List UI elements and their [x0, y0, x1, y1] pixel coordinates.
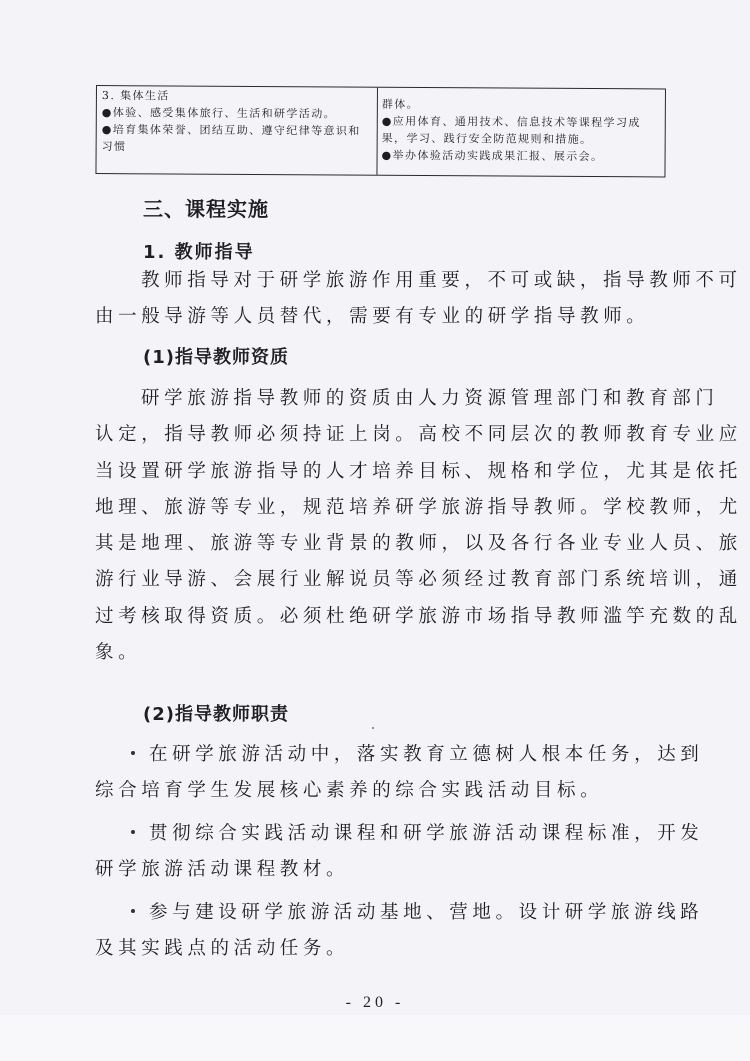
- table-cell-item: ●体验、感受集体旅行、生活和研学活动。: [102, 104, 373, 123]
- bullet-line: 参与建设研学旅游活动基地、营地。设计研学旅游线路: [149, 902, 703, 923]
- bullet-line: 综合培育学生发展核心素养的综合实践活动目标。: [95, 773, 655, 809]
- table-cell-item: ●培育集体荣誉、团结互助、遵守纪律等意识和习惯: [102, 121, 373, 157]
- duty-bullet: 参与建设研学旅游活动基地、营地。设计研学旅游线路 及其实践点的活动任务。: [95, 895, 655, 968]
- paragraph-line: 游行业导游、会展行业解说员等必须经过教育部门系统培训，通: [95, 562, 655, 598]
- paragraph-line: 象。: [95, 635, 655, 671]
- page-bottom-band: [0, 1015, 750, 1061]
- paragraph-line: 过考核取得资质。必须杜绝研学旅游市场指导教师滥竽充数的乱: [95, 599, 655, 635]
- paragraph-line: 教师指导对于研学旅游作用重要，不可或缺，指导教师不可: [141, 270, 742, 291]
- paragraph-line: 由一般导游等人员替代，需要有专业的研学指导教师。: [95, 299, 655, 335]
- table-cell-line: ●应用体育、通用技术、信息技术等课程学习成果，学习、践行安全防范规则和措施。: [382, 113, 663, 149]
- bullet-icon: [131, 909, 135, 913]
- table-cell-title: 3. 集体生活: [102, 87, 373, 106]
- paragraph-line: 认定，指导教师必须持证上岗。高校不同层次的教师教育专业应: [95, 417, 655, 453]
- activity-table: 3. 集体生活 ●体验、感受集体旅行、生活和研学活动。 ●培育集体荣誉、团结互助…: [95, 85, 666, 177]
- paragraph-line: 其是地理、旅游等专业背景的教师，以及各行各业专业人员、旅: [95, 526, 655, 562]
- scan-speck: [372, 727, 374, 729]
- table-cell-left: 3. 集体生活 ●体验、感受集体旅行、生活和研学活动。 ●培育集体荣誉、团结互助…: [96, 86, 378, 175]
- duties-heading: (2)指导教师职责: [143, 700, 289, 726]
- bullet-line: 在研学旅游活动中，落实教育立德树人根本任务，达到: [149, 744, 703, 765]
- bullet-icon: [131, 751, 135, 755]
- scan-ghost-mark: [345, 0, 415, 12]
- table-cell-right: 群体。 ●应用体育、通用技术、信息技术等课程学习成果，学习、践行安全防范规则和措…: [377, 88, 665, 177]
- paragraph-line: 研学旅游指导教师的资质由人力资源管理部门和教育部门: [141, 388, 719, 409]
- table-cell-line: ●举办体验活动实践成果汇报、展示会。: [382, 147, 663, 166]
- paragraph-line: 当设置研学旅游指导的人才培养目标、规格和学位，尤其是依托: [95, 454, 655, 490]
- intro-paragraph: 教师指导对于研学旅游作用重要，不可或缺，指导教师不可 由一般导游等人员替代，需要…: [95, 263, 655, 336]
- duty-bullet: 贯彻综合实践活动课程和研学旅游活动课程标准，开发 研学旅游活动课程教材。: [95, 816, 655, 889]
- qualification-paragraph: 研学旅游指导教师的资质由人力资源管理部门和教育部门 认定，指导教师必须持证上岗。…: [95, 381, 655, 671]
- table-cell-line: 群体。: [382, 96, 663, 115]
- bullet-icon: [131, 830, 135, 834]
- section-heading: 三、课程实施: [143, 193, 269, 222]
- page-number: - 20 -: [0, 994, 750, 1012]
- subsection-heading: 1. 教师指导: [143, 238, 255, 264]
- bullet-line: 研学旅游活动课程教材。: [95, 852, 655, 888]
- bullet-line: 贯彻综合实践活动课程和研学旅游活动课程标准，开发: [149, 823, 703, 844]
- duty-bullet: 在研学旅游活动中，落实教育立德树人根本任务，达到 综合培育学生发展核心素养的综合…: [95, 737, 655, 810]
- bullet-line: 及其实践点的活动任务。: [95, 931, 655, 967]
- paragraph-line: 地理、旅游等专业，规范培养研学旅游指导教师。学校教师，尤: [95, 490, 655, 526]
- qualification-heading: (1)指导教师资质: [143, 343, 289, 369]
